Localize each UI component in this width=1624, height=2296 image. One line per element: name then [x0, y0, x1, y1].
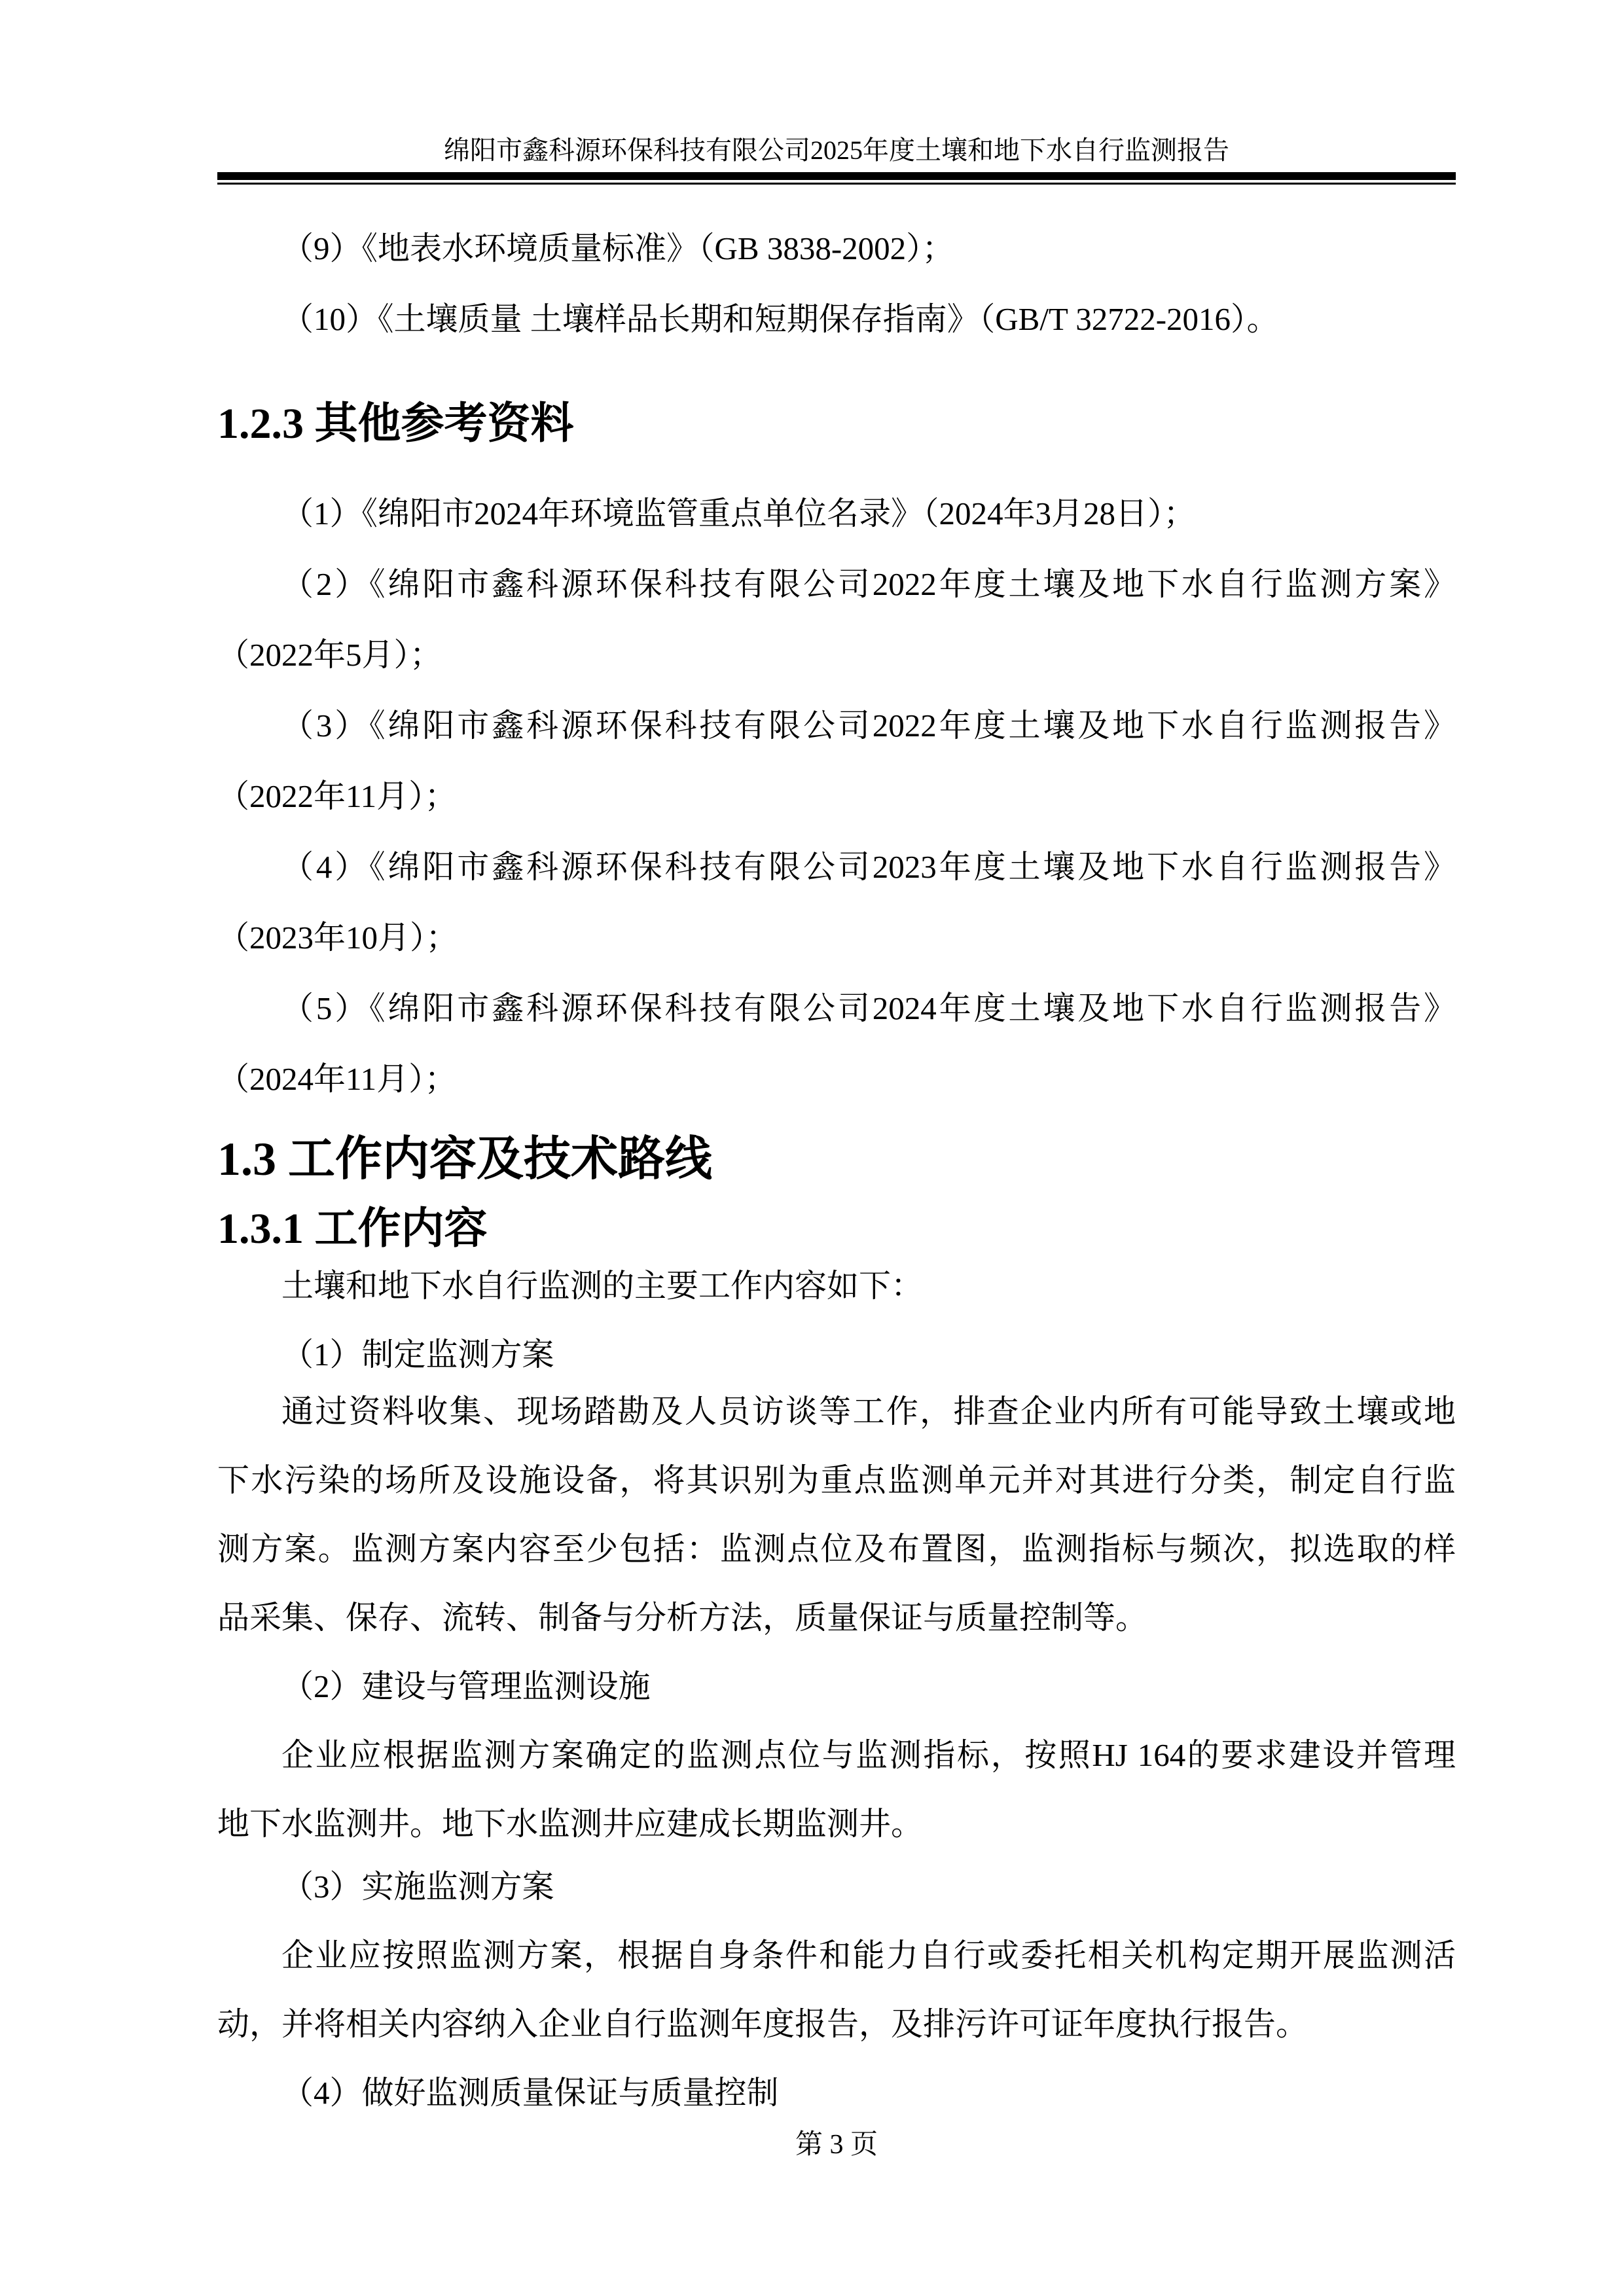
- work-item-1-para-line-1: 通过资料收集、现场踏勘及人员访谈等工作，排查企业内所有可能导致土壤或地: [217, 1390, 1456, 1433]
- reference-item-10: （10）《土壤质量 土壤样品长期和短期保存指南》（GB/T 32722-2016…: [217, 298, 1456, 340]
- work-item-1-para-line-2: 下水污染的场所及设施设备，将其识别为重点监测单元并对其进行分类，制定自行监: [217, 1459, 1456, 1501]
- work-item-4-title: （4）做好监测质量保证与质量控制: [217, 2072, 1456, 2114]
- work-item-3-title: （3）实施监测方案: [217, 1865, 1456, 1908]
- other-ref-item-2-line-2: （2022年5月）；: [217, 634, 1456, 676]
- other-ref-item-1: （1）《绵阳市2024年环境监管重点单位名录》（2024年3月28日）；: [217, 492, 1456, 535]
- header-rule-thick: [217, 172, 1456, 180]
- section-heading-1-2-3: 1.2.3 其他参考资料: [217, 399, 1456, 449]
- section-heading-1-3: 1.3 工作内容及技术路线: [217, 1133, 1456, 1185]
- section-heading-1-3-1: 1.3.1 工作内容: [217, 1204, 1456, 1254]
- page-header-title: 绵阳市鑫科源环保科技有限公司2025年度土壤和地下水自行监测报告: [217, 133, 1456, 168]
- work-item-3-para-line-2: 动，并将相关内容纳入企业自行监测年度报告，及排污许可证年度执行报告。: [217, 2003, 1456, 2045]
- work-item-1-para-line-4: 品采集、保存、流转、制备与分析方法，质量保证与质量控制等。: [217, 1596, 1456, 1639]
- work-item-1-para-line-3: 测方案。监测方案内容至少包括：监测点位及布置图，监测指标与频次，拟选取的样: [217, 1528, 1456, 1570]
- other-ref-item-5-line-2: （2024年11月）；: [217, 1058, 1456, 1100]
- other-ref-item-3-line-1: （3）《绵阳市鑫科源环保科技有限公司2022年度土壤及地下水自行监测报告》: [217, 704, 1456, 747]
- other-ref-item-4-line-1: （4）《绵阳市鑫科源环保科技有限公司2023年度土壤及地下水自行监测报告》: [217, 846, 1456, 888]
- work-item-3-para-line-1: 企业应按照监测方案，根据自身条件和能力自行或委托相关机构定期开展监测活: [217, 1934, 1456, 1977]
- other-ref-item-3-line-2: （2022年11月）；: [217, 775, 1456, 817]
- header-rule-thin: [217, 183, 1456, 185]
- other-ref-item-5-line-1: （5）《绵阳市鑫科源环保科技有限公司2024年度土壤及地下水自行监测报告》: [217, 987, 1456, 1030]
- page-number: 第 3 页: [217, 2125, 1456, 2164]
- work-item-2-para-line-1: 企业应根据监测方案确定的监测点位与监测指标，按照HJ 164的要求建设并管理: [217, 1734, 1456, 1776]
- document-page: 绵阳市鑫科源环保科技有限公司2025年度土壤和地下水自行监测报告 （9）《地表水…: [0, 0, 1624, 2296]
- work-item-2-para-line-2: 地下水监测井。地下水监测井应建成长期监测井。: [217, 1803, 1456, 1845]
- reference-item-9: （9）《地表水环境质量标准》（GB 3838-2002）；: [217, 227, 1456, 270]
- work-item-1-title: （1）制定监测方案: [217, 1333, 1456, 1376]
- other-ref-item-2-line-1: （2）《绵阳市鑫科源环保科技有限公司2022年度土壤及地下水自行监测方案》: [217, 563, 1456, 605]
- work-content-intro: 土壤和地下水自行监测的主要工作内容如下：: [217, 1265, 1456, 1307]
- other-ref-item-4-line-2: （2023年10月）；: [217, 916, 1456, 959]
- work-item-2-title: （2）建设与管理监测设施: [217, 1665, 1456, 1708]
